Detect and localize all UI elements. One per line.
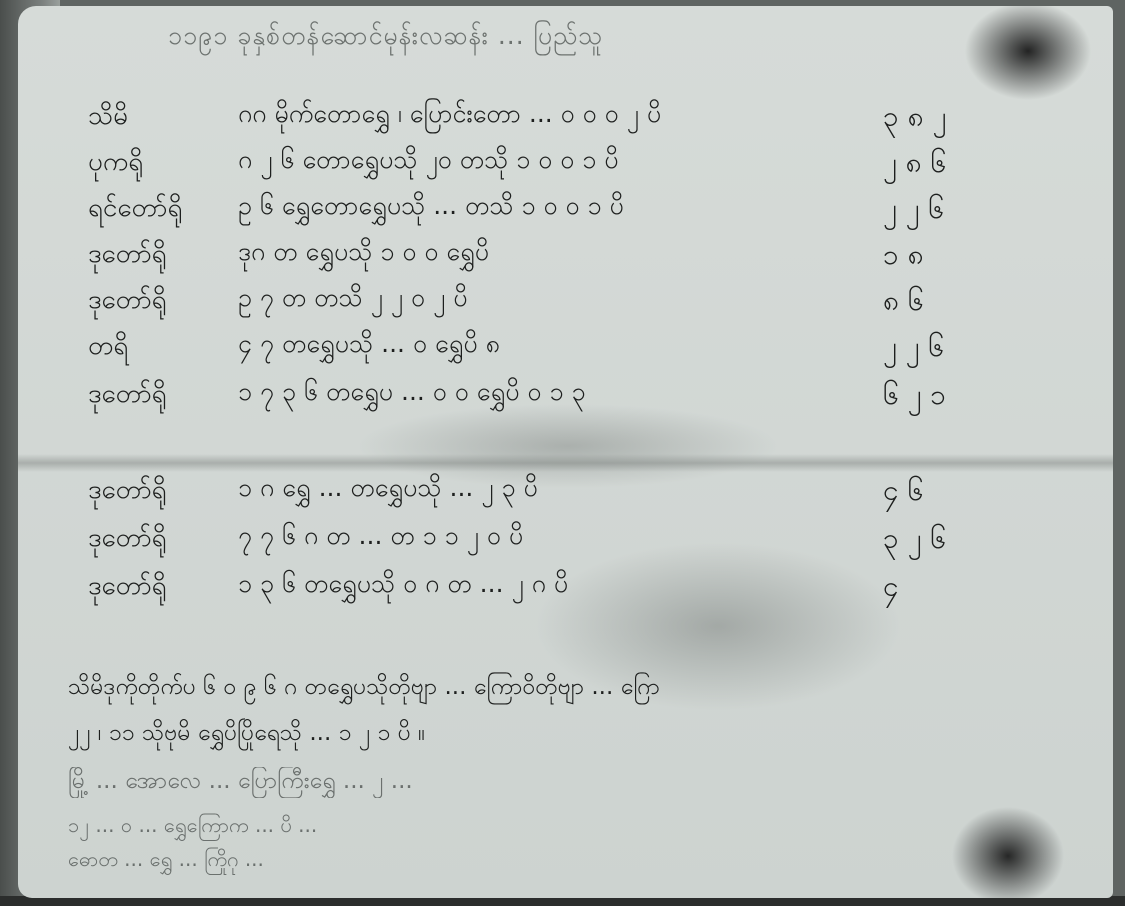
row-number: ၄ ၆	[883, 472, 923, 514]
row-label: သိမိ	[88, 98, 128, 137]
row-number: ၂ ၂ ၆	[883, 190, 944, 232]
row-label: ဒုတော်ရို	[88, 236, 167, 275]
manuscript-page: ၁၁၉၁ ခုနှစ်တန်ဆောင်မုန်းလဆန်း ... ပြည်သူ…	[18, 6, 1113, 898]
row-text: ၁ ၃ ၆ တရွှေပသို ၀ ဂ တ ... ၂ ဂ ပိ	[238, 568, 568, 605]
row-label: ဒုတော်ရို	[88, 472, 167, 511]
row-label: ရင်တော်ရို	[88, 190, 182, 229]
row-number: ၈ ၆	[883, 282, 924, 324]
ledger-row: ဒုတော်ရို ၁ ၇ ၃ ၆ တရွှေပ ... ၀ ၀ ရွှေပိ …	[18, 376, 1113, 416]
row-number: ၃ ၈ ၂	[883, 98, 946, 140]
row-text: ၇ ၇ ၆ ဂ တ ... တ ၁ ၁ ၂ ၀ ပိ	[238, 520, 523, 557]
ledger-row: ဒုတော်ရို ဥ ၇ တ တသိ ၂ ၂ ၀ ၂ ပိ ၈ ၆	[18, 282, 1113, 322]
ledger-row: တရိ ၄ ၇ တရွှေပသို ... ၀ ရွှေပိ ၈ ၂ ၂ ၆	[18, 328, 1113, 368]
row-number: ၁ ၈	[883, 236, 924, 278]
ledger-row: ဒုတော်ရို ၁ ဂ ရွှေ ... တရွှေပသို ... ၂ ၃…	[18, 472, 1113, 512]
closing-note: မြို့ ... အောလေ ... ပြောကြီးရွှေ ... ၂ .…	[68, 766, 413, 800]
ledger-row: ရင်တော်ရို ဥ ၆ ရွှေတောရွှေပသို ... တသိ ၁…	[18, 190, 1113, 230]
row-text: ဒုဂ တ ရွှေပသို ၁ ၀ ၀ ရွှေပိ	[238, 236, 489, 273]
row-number: ၄	[883, 568, 899, 610]
ledger-row: ဒုတော်ရို ၇ ၇ ၆ ဂ တ ... တ ၁ ၁ ၂ ၀ ပိ ၃ ၂…	[18, 520, 1113, 560]
row-text: ၄ ၇ တရွှေပသို ... ၀ ရွှေပိ ၈	[238, 328, 500, 365]
paper-fold-crease	[18, 454, 1113, 472]
row-number: ၂ ၂ ၆	[883, 328, 944, 370]
row-number: ၂ ၈ ၆	[883, 144, 946, 186]
ledger-row: ဒုတော်ရို ၁ ၃ ၆ တရွှေပသို ၀ ဂ တ ... ၂ ဂ …	[18, 568, 1113, 608]
row-text: ဥ ၇ တ တသိ ၂ ၂ ၀ ၂ ပိ	[238, 282, 468, 319]
ledger-row: သိမိ ဂဂ မိုက်တောရွှေ ၊ ပြောင်းတော ... ၀ …	[18, 98, 1113, 138]
row-text: ဂဂ မိုက်တောရွှေ ၊ ပြောင်းတော ... ၀ ၀ ၀ ၂…	[238, 98, 661, 135]
row-label: ဒုတော်ရို	[88, 520, 167, 559]
row-label: ဒုတော်ရို	[88, 376, 167, 415]
row-text: ၁ ဂ ရွှေ ... တရွှေပသို ... ၂ ၃ ပိ	[238, 472, 538, 509]
ledger-row: ဒုတော်ရို ဒုဂ တ ရွှေပသို ၁ ၀ ၀ ရွှေပိ ၁ …	[18, 236, 1113, 276]
closing-line: ၂၂ ၊ ၁၁ သိုဗုမိ ရွှေပိပြိုရေသို ... ၁ ၂ …	[68, 718, 425, 752]
row-number: ၆ ၂ ၁	[883, 376, 946, 418]
row-label: ဒုတော်ရို	[88, 568, 167, 607]
row-label: ဒုတော်ရို	[88, 282, 167, 321]
row-text: ဂ ၂ ၆ တောရွှေပသို ၂၀ တသို ၁ ၀ ၀ ၁ ပိ	[238, 144, 619, 181]
row-label: ပုကရို	[88, 144, 143, 183]
manuscript-header-line: ၁၁၉၁ ခုနှစ်တန်ဆောင်မုန်းလဆန်း ... ပြည်သူ	[168, 20, 603, 57]
row-text: ၁ ၇ ၃ ၆ တရွှေပ ... ၀ ၀ ရွှေပိ ၀ ၁ ၃	[238, 376, 586, 413]
row-number: ၃ ၂ ၆	[883, 520, 946, 562]
ledger-row: ပုကရို ဂ ၂ ၆ တောရွှေပသို ၂၀ တသို ၁ ၀ ၀ ၁…	[18, 144, 1113, 184]
row-label: တရိ	[88, 328, 128, 367]
closing-note: ၁၂ ... ၀ ... ရွှေကြောက ... ပိ ...	[68, 812, 317, 842]
closing-line: သိမိဒုကိုတိုက်ပ ၆ ၀ ၉ ၆ ဂ တရွှေပသိုတိုဗျ…	[68, 672, 660, 706]
closing-note: ဓောတ ... ရွှေ ... ကြိုဂု ...	[68, 846, 264, 876]
row-text: ဥ ၆ ရွှေတောရွှေပသို ... တသိ ၁ ၀ ၀ ၁ ပိ	[238, 190, 624, 227]
